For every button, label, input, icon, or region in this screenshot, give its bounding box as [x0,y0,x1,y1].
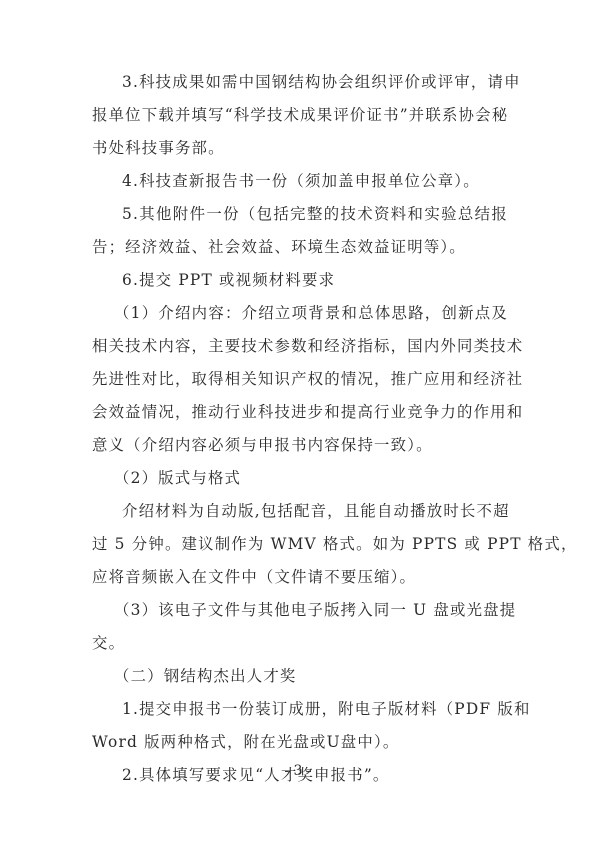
paragraph-6-1-line-1: （1）介绍内容：介绍立项背景和总体思路，创新点及 [92,297,508,330]
paragraph-6-2-line-1: 介绍材料为自动版,包括配音，且能自动播放时长不超 [92,495,508,528]
paragraph-6-1-line-3: 先进性对比，取得相关知识产权的情况，推广应用和经济社 [92,363,508,396]
paragraph-3-line-1: 3.科技成果如需中国钢结构协会组织评价或评审，请申 [92,66,508,99]
paragraph-3-line-2: 报单位下载并填写“科学技术成果评价证书”并联系协会秘 [92,99,508,132]
document-page: 3.科技成果如需中国钢结构协会组织评价或评审，请申 报单位下载并填写“科学技术成… [0,0,596,842]
paragraph-6-2-heading: （2）版式与格式 [92,462,508,495]
paragraph-6-2-line-2: 过 5 分钟。建议制作为 WMV 格式。如为 PPTS 或 PPT 格式， [92,528,508,561]
page-number: - 3 - [0,763,596,779]
paragraph-6-1-line-2: 相关技术内容，主要技术参数和经济指标，国内外同类技术 [92,330,508,363]
section-2-heading: （二）钢结构杰出人才奖 [92,660,508,693]
document-body: 3.科技成果如需中国钢结构协会组织评价或评审，请申 报单位下载并填写“科学技术成… [92,66,508,792]
paragraph-4: 4.科技查新报告书一份（须加盖申报单位公章）。 [92,165,508,198]
paragraph-6-heading: 6.提交 PPT 或视频材料要求 [92,264,508,297]
paragraph-6-1-line-4: 会效益情况，推动行业科技进步和提高行业竞争力的作用和 [92,396,508,429]
paragraph-3-line-3: 书处科技事务部。 [92,132,508,165]
section-2-item-1-line-2: Word 版两种格式，附在光盘或U盘中）。 [92,726,508,759]
paragraph-6-3-line-2: 交。 [92,627,508,660]
section-2-item-1-line-1: 1.提交申报书一份装订成册，附电子版材料（PDF 版和 [92,693,508,726]
paragraph-5-line-1: 5.其他附件一份（包括完整的技术资料和实验总结报 [92,198,508,231]
paragraph-6-1-line-5: 意义（介绍内容必须与申报书内容保持一致）。 [92,429,508,462]
paragraph-5-line-2: 告；经济效益、社会效益、环境生态效益证明等）。 [92,231,508,264]
paragraph-6-3-line-1: （3）该电子文件与其他电子版拷入同一 U 盘或光盘提 [92,594,508,627]
paragraph-6-2-line-3: 应将音频嵌入在文件中（文件请不要压缩）。 [92,561,508,594]
